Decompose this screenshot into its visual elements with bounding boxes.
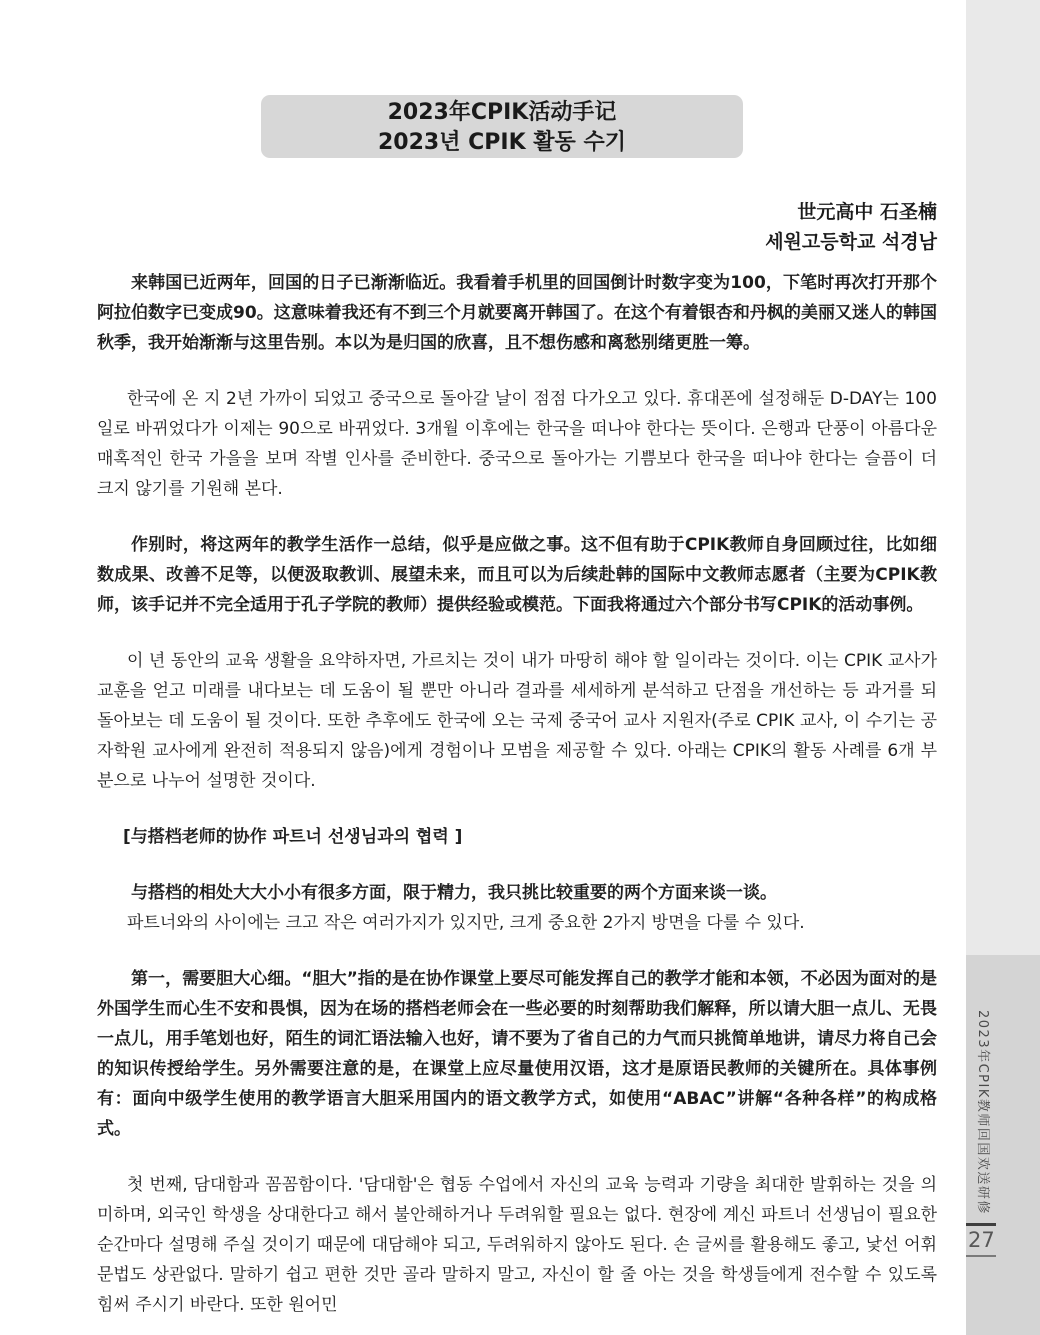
author-line-zh: 世元高中 石圣楠 bbox=[765, 197, 937, 227]
title-box: 2023年CPIK活动手记 2023년 CPIK 활동 수기 bbox=[261, 95, 743, 158]
title-line-ko: 2023년 CPIK 활동 수기 bbox=[261, 128, 743, 158]
chapter-vertical-label: 2023年CPIK教师回国欢送研修 bbox=[975, 1010, 994, 1195]
body-text-column: 来韩国已近两年，回国的日子已渐渐临近。我看着手机里的回国倒计时数字变为100，下… bbox=[97, 268, 937, 1320]
page-number-block: 27 bbox=[966, 1223, 996, 1257]
document-page: 2023年CPIK活动手记 2023년 CPIK 활동 수기 世元高中 石圣楠 … bbox=[0, 0, 1040, 1335]
page-number: 27 bbox=[966, 1227, 996, 1253]
author-line-ko: 세원고등학교 석경남 bbox=[765, 227, 937, 257]
paragraph-zh-4: 第一，需要胆大心细。“胆大”指的是在协作课堂上要尽可能发挥自己的教学才能和本领，… bbox=[97, 964, 937, 1144]
paragraph-ko-3: 파트너와의 사이에는 크고 작은 여러가지가 있지만, 크게 중요한 2가지 방… bbox=[97, 908, 937, 938]
paragraph-zh-1: 来韩国已近两年，回国的日子已渐渐临近。我看着手机里的回国倒计时数字变为100，下… bbox=[97, 268, 937, 358]
paragraph-ko-2: 이 년 동안의 교육 생활을 요약하자면, 가르치는 것이 내가 마땅히 해야 … bbox=[97, 646, 937, 796]
sidebar-strip: 2023年CPIK教师回国欢送研修 27 bbox=[966, 0, 1040, 1335]
section-header: [与搭档老师的协作 파트너 선생님과의 협력 ] bbox=[97, 822, 937, 852]
section-header-zh: [与搭档老师的协作 bbox=[123, 827, 267, 847]
paragraph-zh-3: 与搭档的相处大大小小有很多方面，限于精力，我只挑比较重要的两个方面来谈一谈。 bbox=[97, 878, 937, 908]
author-block: 世元高中 石圣楠 세원고등학교 석경남 bbox=[765, 197, 937, 257]
paragraph-zh-2: 作别时，将这两年的教学生活作一总结，似乎是应做之事。这不但有助于CPIK教师自身… bbox=[97, 530, 937, 620]
section-header-ko: 파트너 선생님과의 협력 ] bbox=[273, 827, 463, 847]
paragraph-ko-4: 첫 번째, 담대함과 꼼꼼함이다. '담대함'은 협동 수업에서 자신의 교육 … bbox=[97, 1170, 937, 1320]
sidebar-chapter-tab: 2023年CPIK教师回国欢送研修 27 bbox=[966, 955, 1040, 1335]
title-line-zh: 2023年CPIK活动手记 bbox=[261, 98, 743, 128]
paragraph-ko-1: 한국에 온 지 2년 가까이 되었고 중국으로 돌아갈 날이 점점 다가오고 있… bbox=[97, 384, 937, 504]
